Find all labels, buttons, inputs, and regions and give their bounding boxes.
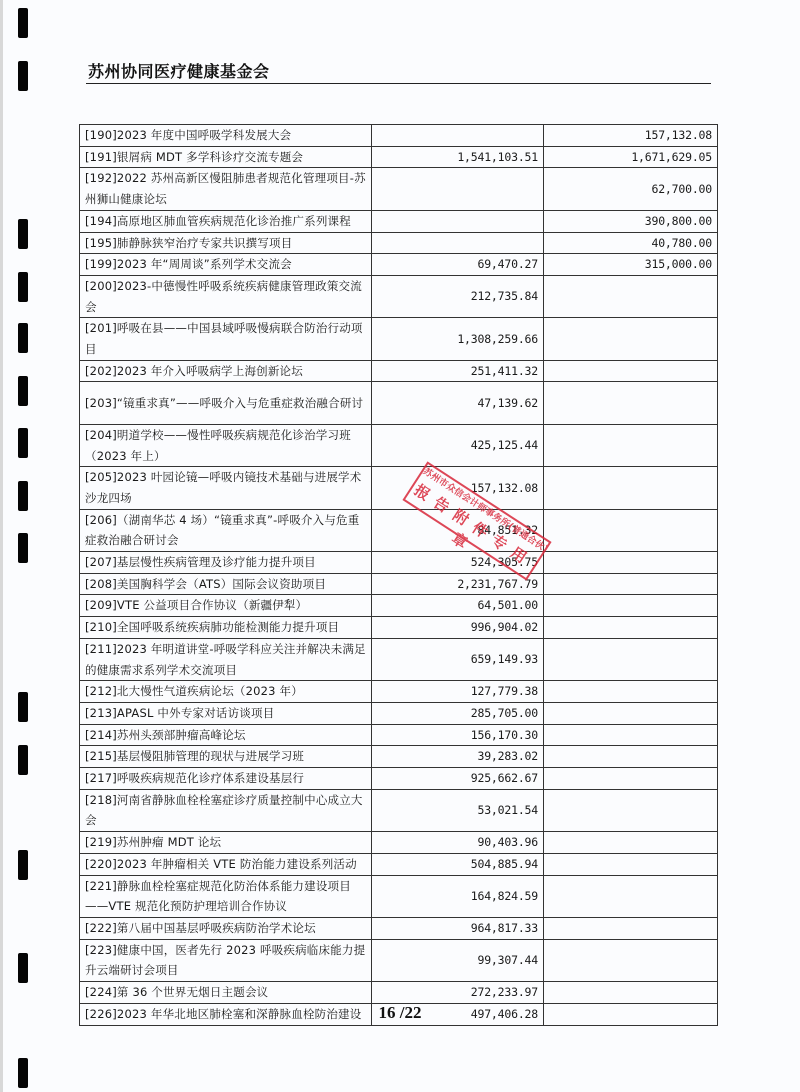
table-row: [192]2022 苏州高新区慢阻肺患者规范化管理项目-苏州狮山健康论坛62,7… xyxy=(80,168,718,210)
amount-cell-col2: 156,170.30 xyxy=(372,724,544,746)
project-name-cell: [205]2023 叶园论镜—呼吸内镜技术基础与进展学术沙龙四场 xyxy=(80,467,372,509)
project-name-cell: [192]2022 苏州高新区慢阻肺患者规范化管理项目-苏州狮山健康论坛 xyxy=(80,168,372,210)
table-row: [200]2023-中德慢性呼吸系统疾病健康管理政策交流会212,735.84 xyxy=(80,275,718,317)
project-name-cell: [222]第八届中国基层呼吸疾病防治学术论坛 xyxy=(80,918,372,940)
amount-cell-col3: 40,780.00 xyxy=(544,232,718,254)
amount-cell-col2 xyxy=(372,210,544,232)
amount-cell-col2: 53,021.54 xyxy=(372,789,544,831)
scan-edge xyxy=(0,0,3,1092)
project-name-cell: [202]2023 年介入呼吸病学上海创新论坛 xyxy=(80,360,372,382)
project-name-cell: [217]呼吸疾病规范化诊疗体系建设基层行 xyxy=(80,768,372,790)
project-name-cell: [219]苏州肿瘤 MDT 论坛 xyxy=(80,832,372,854)
amount-cell-col2: 964,817.33 xyxy=(372,918,544,940)
amount-cell-col3 xyxy=(544,595,718,617)
amount-cell-col3 xyxy=(544,360,718,382)
project-name-cell: [208]美国胸科学会（ATS）国际会议资助项目 xyxy=(80,573,372,595)
table-row: [224]第 36 个世界无烟日主题会议272,233.97 xyxy=(80,982,718,1004)
project-name-cell: [209]VTE 公益项目合作协议（新疆伊犁） xyxy=(80,595,372,617)
amount-cell-col3 xyxy=(544,382,718,424)
project-name-cell: [215]基层慢阻肺管理的现状与进展学习班 xyxy=(80,746,372,768)
amount-cell-col3 xyxy=(544,275,718,317)
amount-cell-col3 xyxy=(544,318,718,360)
table-row: [194]高原地区肺血管疾病规范化诊治推广系列课程390,800.00 xyxy=(80,210,718,232)
amount-cell-col2: 925,662.67 xyxy=(372,768,544,790)
table-row: [211]2023 年明道讲堂-呼吸学科应关注并解决未满足的健康需求系列学术交流… xyxy=(80,638,718,680)
project-name-cell: [194]高原地区肺血管疾病规范化诊治推广系列课程 xyxy=(80,210,372,232)
table-row: [222]第八届中国基层呼吸疾病防治学术论坛964,817.33 xyxy=(80,918,718,940)
table-row: [190]2023 年度中国呼吸学科发展大会157,132.08 xyxy=(80,125,718,147)
table-row: [214]苏州头颈部肿瘤高峰论坛156,170.30 xyxy=(80,724,718,746)
project-name-cell: [213]APASL 中外专家对话访谈项目 xyxy=(80,702,372,724)
amount-cell-col2: 425,125.44 xyxy=(372,424,544,466)
amount-cell-col3: 62,700.00 xyxy=(544,168,718,210)
binding-mark xyxy=(18,8,28,38)
amount-cell-col3 xyxy=(544,982,718,1004)
amount-cell-col2: 504,885.94 xyxy=(372,853,544,875)
project-name-cell: [199]2023 年“周周谈”系列学术交流会 xyxy=(80,254,372,276)
amount-cell-col3: 157,132.08 xyxy=(544,125,718,147)
amount-cell-col2: 90,403.96 xyxy=(372,832,544,854)
amount-cell-col3 xyxy=(544,681,718,703)
amount-cell-col2: 164,824.59 xyxy=(372,875,544,917)
project-name-cell: [218]河南省静脉血栓栓塞症诊疗质量控制中心成立大会 xyxy=(80,789,372,831)
table-row: [201]呼吸在县——中国县域呼吸慢病联合防治行动项目1,308,259.66 xyxy=(80,318,718,360)
amount-cell-col3 xyxy=(544,768,718,790)
amount-cell-col2: 212,735.84 xyxy=(372,275,544,317)
amount-cell-col3: 390,800.00 xyxy=(544,210,718,232)
project-name-cell: [212]北大慢性气道疾病论坛（2023 年） xyxy=(80,681,372,703)
project-name-cell: [191]银屑病 MDT 多学科诊疗交流专题会 xyxy=(80,146,372,168)
amount-cell-col2: 251,411.32 xyxy=(372,360,544,382)
amount-cell-col2: 996,904.02 xyxy=(372,617,544,639)
amount-cell-col2: 39,283.02 xyxy=(372,746,544,768)
amount-cell-col3 xyxy=(544,724,718,746)
amount-cell-col2: 99,307.44 xyxy=(372,939,544,981)
amount-cell-col2: 127,779.38 xyxy=(372,681,544,703)
project-name-cell: [221]静脉血栓栓塞症规范化防治体系能力建设项目——VTE 规范化预防护理培训… xyxy=(80,875,372,917)
amount-cell-col3 xyxy=(544,424,718,466)
table-row: [217]呼吸疾病规范化诊疗体系建设基层行925,662.67 xyxy=(80,768,718,790)
project-name-cell: [214]苏州头颈部肿瘤高峰论坛 xyxy=(80,724,372,746)
table-row: [207]基层慢性疾病管理及诊疗能力提升项目524,305.75 xyxy=(80,552,718,574)
binding-mark xyxy=(18,61,28,91)
amount-cell-col3 xyxy=(544,573,718,595)
table-row: [205]2023 叶园论镜—呼吸内镜技术基础与进展学术沙龙四场157,132.… xyxy=(80,467,718,509)
project-name-cell: [206]（湖南华芯 4 场）“镜重求真”-呼吸介入与危重症救治融合研讨会 xyxy=(80,509,372,551)
project-name-cell: [204]明道学校——慢性呼吸疾病规范化诊治学习班（2023 年上） xyxy=(80,424,372,466)
table-row: [191]银屑病 MDT 多学科诊疗交流专题会1,541,103.511,671… xyxy=(80,146,718,168)
table-row: [202]2023 年介入呼吸病学上海创新论坛251,411.32 xyxy=(80,360,718,382)
binding-mark xyxy=(18,481,28,511)
amount-cell-col2: 272,233.97 xyxy=(372,982,544,1004)
amount-cell-col2 xyxy=(372,232,544,254)
table-row: [223]健康中国，医者先行 2023 呼吸疾病临床能力提升云端研讨会项目99,… xyxy=(80,939,718,981)
project-name-cell: [210]全国呼吸系统疾病肺功能检测能力提升项目 xyxy=(80,617,372,639)
binding-mark xyxy=(18,692,28,722)
table-row: [218]河南省静脉血栓栓塞症诊疗质量控制中心成立大会53,021.54 xyxy=(80,789,718,831)
binding-mark xyxy=(18,219,28,249)
project-name-cell: [207]基层慢性疾病管理及诊疗能力提升项目 xyxy=(80,552,372,574)
amount-cell-col3: 315,000.00 xyxy=(544,254,718,276)
table-row: [220]2023 年肿瘤相关 VTE 防治能力建设系列活动504,885.94 xyxy=(80,853,718,875)
table-row: [212]北大慢性气道疾病论坛（2023 年）127,779.38 xyxy=(80,681,718,703)
amount-cell-col2: 47,139.62 xyxy=(372,382,544,424)
amount-cell-col3 xyxy=(544,467,718,509)
page-number: 16 /22 xyxy=(0,1003,800,1023)
amount-cell-col3 xyxy=(544,789,718,831)
project-name-cell: [190]2023 年度中国呼吸学科发展大会 xyxy=(80,125,372,147)
amount-cell-col2: 1,308,259.66 xyxy=(372,318,544,360)
project-name-cell: [203]“镜重求真”——呼吸介入与危重症救治融合研讨 xyxy=(80,382,372,424)
amount-cell-col3 xyxy=(544,918,718,940)
amount-cell-col3: 1,671,629.05 xyxy=(544,146,718,168)
table-row: [206]（湖南华芯 4 场）“镜重求真”-呼吸介入与危重症救治融合研讨会84,… xyxy=(80,509,718,551)
project-name-cell: [200]2023-中德慢性呼吸系统疾病健康管理政策交流会 xyxy=(80,275,372,317)
binding-mark xyxy=(18,953,28,983)
table-row: [215]基层慢阻肺管理的现状与进展学习班39,283.02 xyxy=(80,746,718,768)
amount-cell-col3 xyxy=(544,617,718,639)
amount-cell-col2: 659,149.93 xyxy=(372,638,544,680)
table-row: [199]2023 年“周周谈”系列学术交流会69,470.27315,000.… xyxy=(80,254,718,276)
amount-cell-col2 xyxy=(372,125,544,147)
amount-cell-col3 xyxy=(544,875,718,917)
amount-cell-col2: 64,501.00 xyxy=(372,595,544,617)
binding-mark xyxy=(18,745,28,775)
amount-cell-col2 xyxy=(372,168,544,210)
table-row: [203]“镜重求真”——呼吸介入与危重症救治融合研讨47,139.62 xyxy=(80,382,718,424)
ledger-table: [190]2023 年度中国呼吸学科发展大会157,132.08[191]银屑病… xyxy=(79,124,718,1026)
amount-cell-col2: 285,705.00 xyxy=(372,702,544,724)
binding-mark xyxy=(18,1058,28,1088)
amount-cell-col2: 1,541,103.51 xyxy=(372,146,544,168)
binding-mark xyxy=(18,428,28,458)
table-row: [213]APASL 中外专家对话访谈项目285,705.00 xyxy=(80,702,718,724)
table-row: [209]VTE 公益项目合作协议（新疆伊犁）64,501.00 xyxy=(80,595,718,617)
project-name-cell: [220]2023 年肿瘤相关 VTE 防治能力建设系列活动 xyxy=(80,853,372,875)
amount-cell-col3 xyxy=(544,702,718,724)
binding-mark xyxy=(18,272,28,302)
amount-cell-col3 xyxy=(544,939,718,981)
amount-cell-col3 xyxy=(544,638,718,680)
table-row: [221]静脉血栓栓塞症规范化防治体系能力建设项目——VTE 规范化预防护理培训… xyxy=(80,875,718,917)
project-name-cell: [195]肺静脉狭窄治疗专家共识撰写项目 xyxy=(80,232,372,254)
table-row: [195]肺静脉狭窄治疗专家共识撰写项目40,780.00 xyxy=(80,232,718,254)
page-header-title: 苏州协同医疗健康基金会 xyxy=(88,59,270,82)
amount-cell-col3 xyxy=(544,746,718,768)
table-row: [204]明道学校——慢性呼吸疾病规范化诊治学习班（2023 年上）425,12… xyxy=(80,424,718,466)
project-name-cell: [223]健康中国，医者先行 2023 呼吸疾病临床能力提升云端研讨会项目 xyxy=(80,939,372,981)
header-divider xyxy=(86,83,711,84)
binding-mark xyxy=(18,323,28,353)
binding-mark xyxy=(18,850,28,880)
amount-cell-col3 xyxy=(544,832,718,854)
project-name-cell: [201]呼吸在县——中国县域呼吸慢病联合防治行动项目 xyxy=(80,318,372,360)
table-row: [210]全国呼吸系统疾病肺功能检测能力提升项目996,904.02 xyxy=(80,617,718,639)
table-row: [208]美国胸科学会（ATS）国际会议资助项目2,231,767.79 xyxy=(80,573,718,595)
amount-cell-col3 xyxy=(544,509,718,551)
amount-cell-col2: 69,470.27 xyxy=(372,254,544,276)
project-name-cell: [224]第 36 个世界无烟日主题会议 xyxy=(80,982,372,1004)
amount-cell-col3 xyxy=(544,552,718,574)
binding-mark xyxy=(18,533,28,563)
binding-mark xyxy=(18,376,28,406)
amount-cell-col3 xyxy=(544,853,718,875)
project-name-cell: [211]2023 年明道讲堂-呼吸学科应关注并解决未满足的健康需求系列学术交流… xyxy=(80,638,372,680)
table-row: [219]苏州肿瘤 MDT 论坛90,403.96 xyxy=(80,832,718,854)
